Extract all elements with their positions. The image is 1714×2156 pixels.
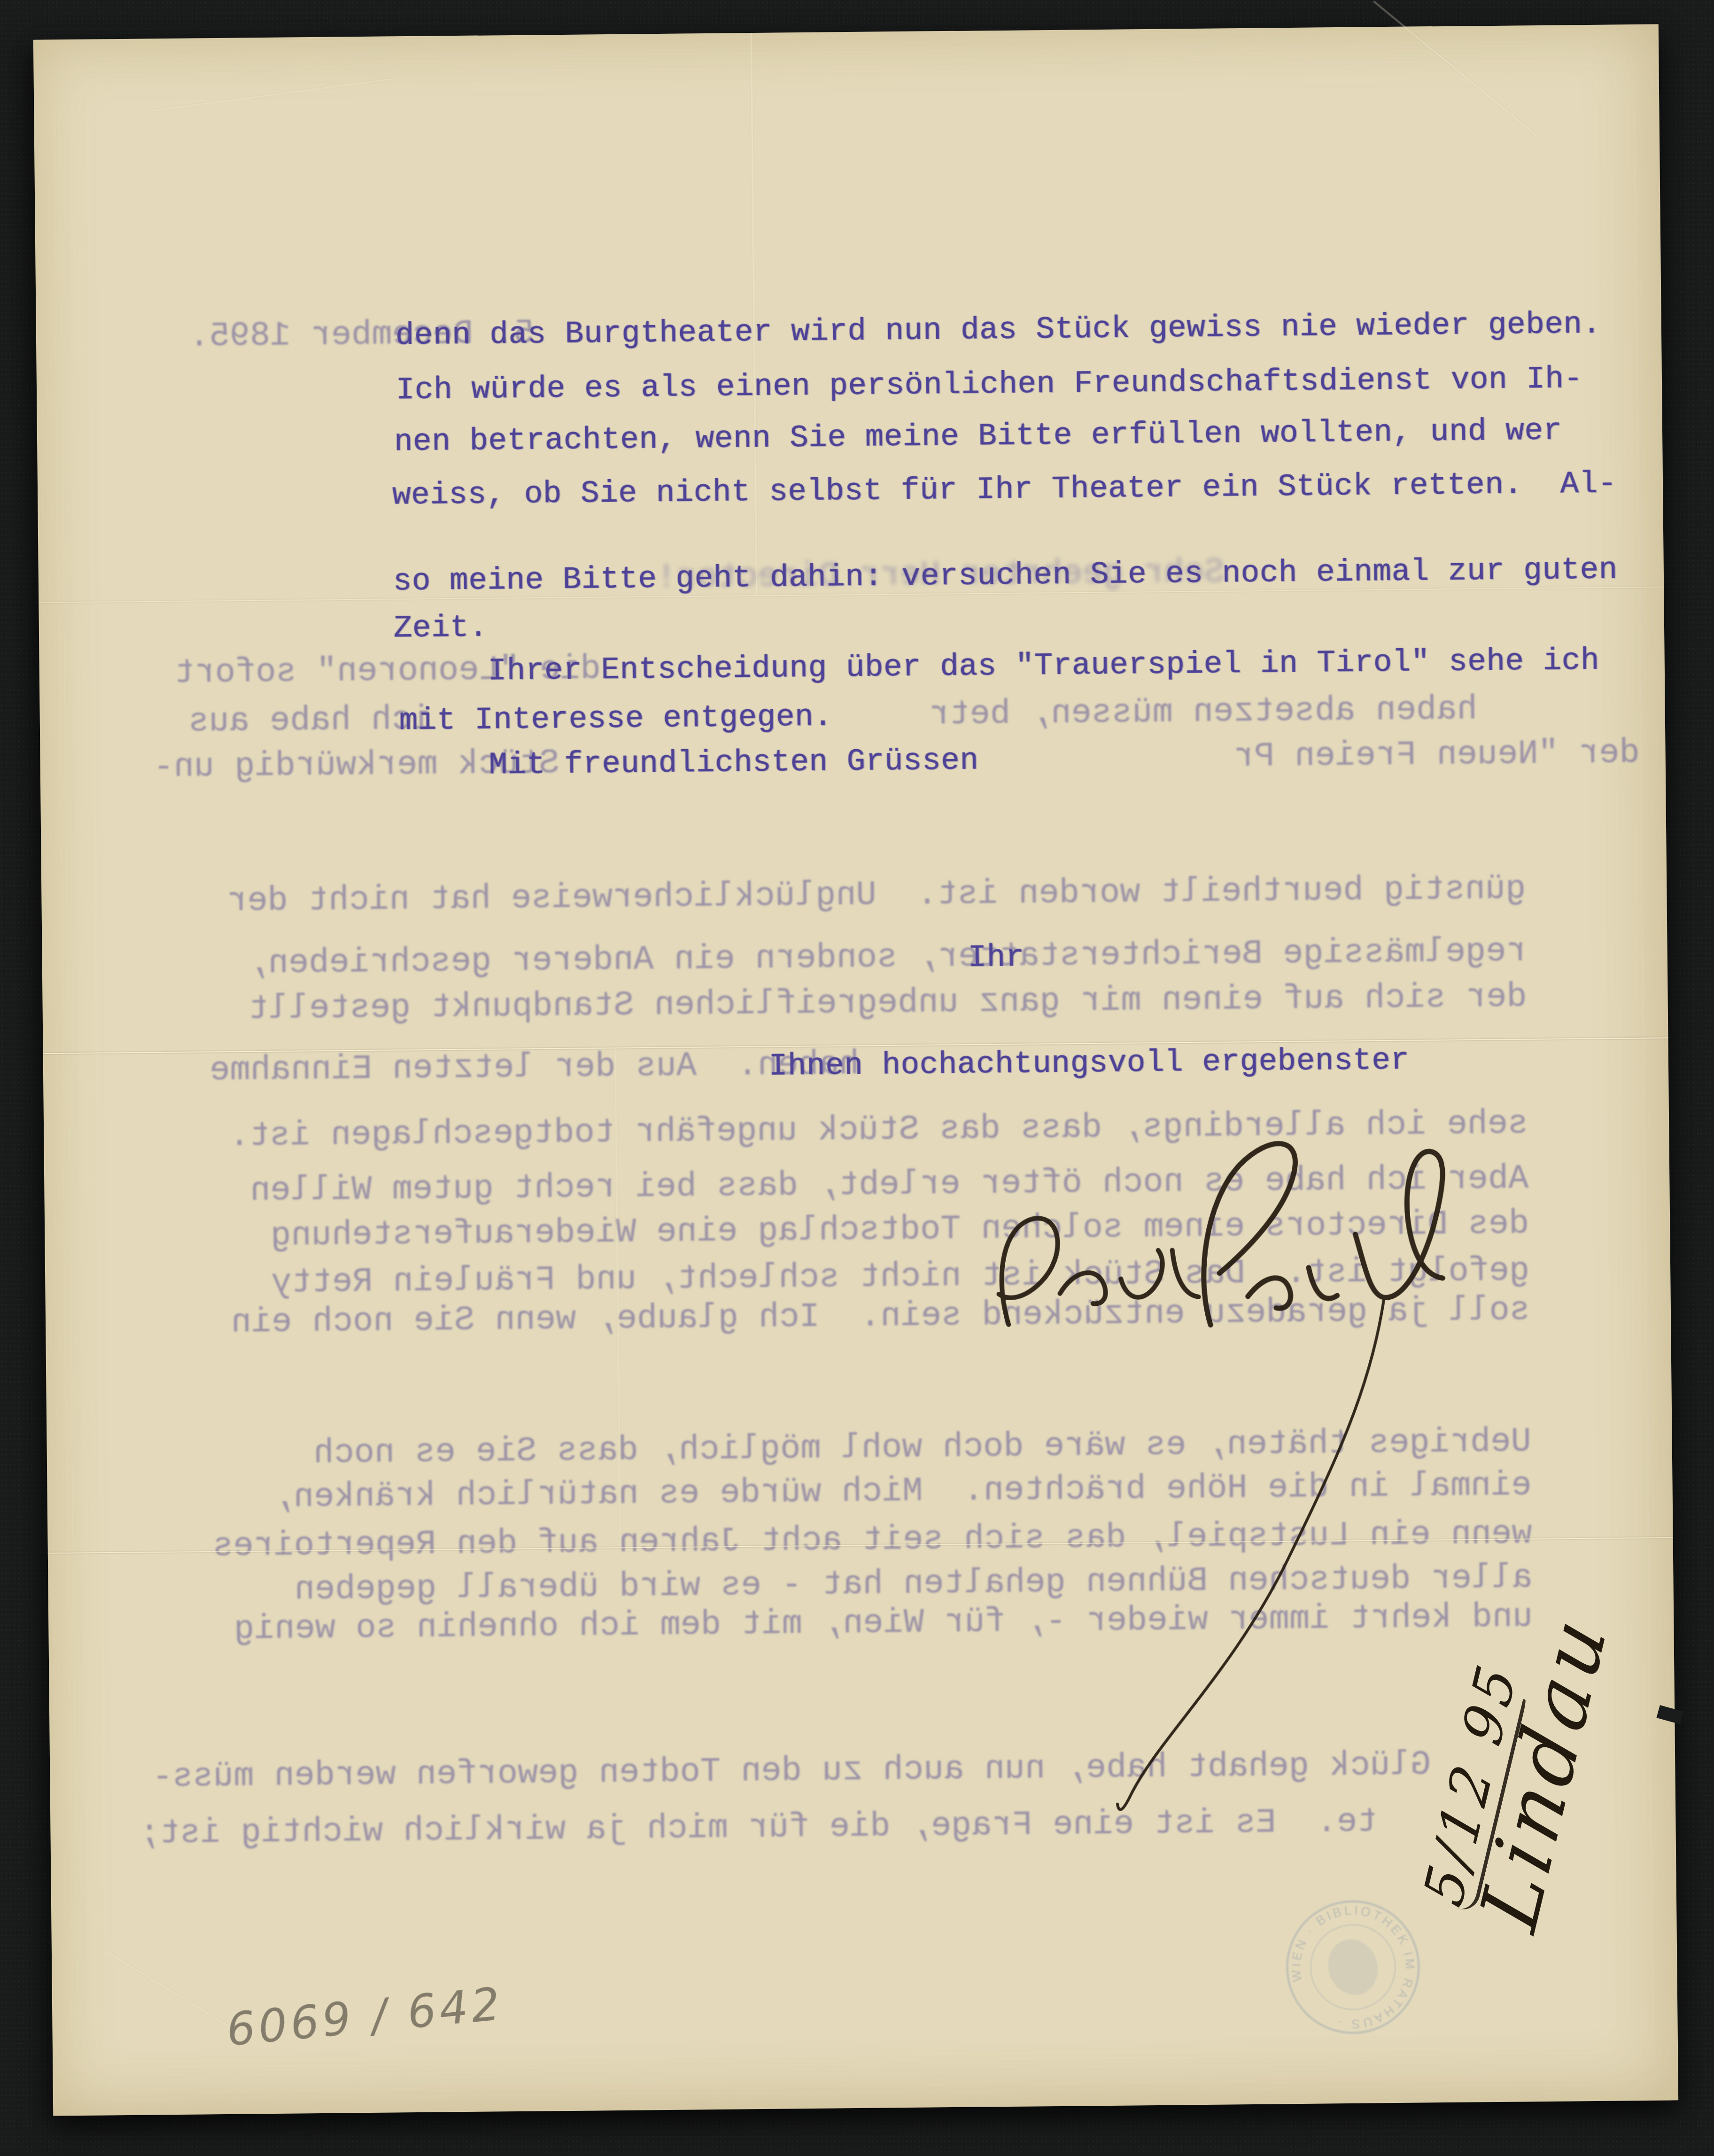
scanned-letter-page: { "letter": { "typed_lines": [ {"text": … — [0, 0, 1714, 2156]
signature-paul-lindau — [33, 24, 1678, 2116]
letter-paper: 5. December 1895.Sehr geehrter Herr Dire… — [33, 24, 1678, 2116]
